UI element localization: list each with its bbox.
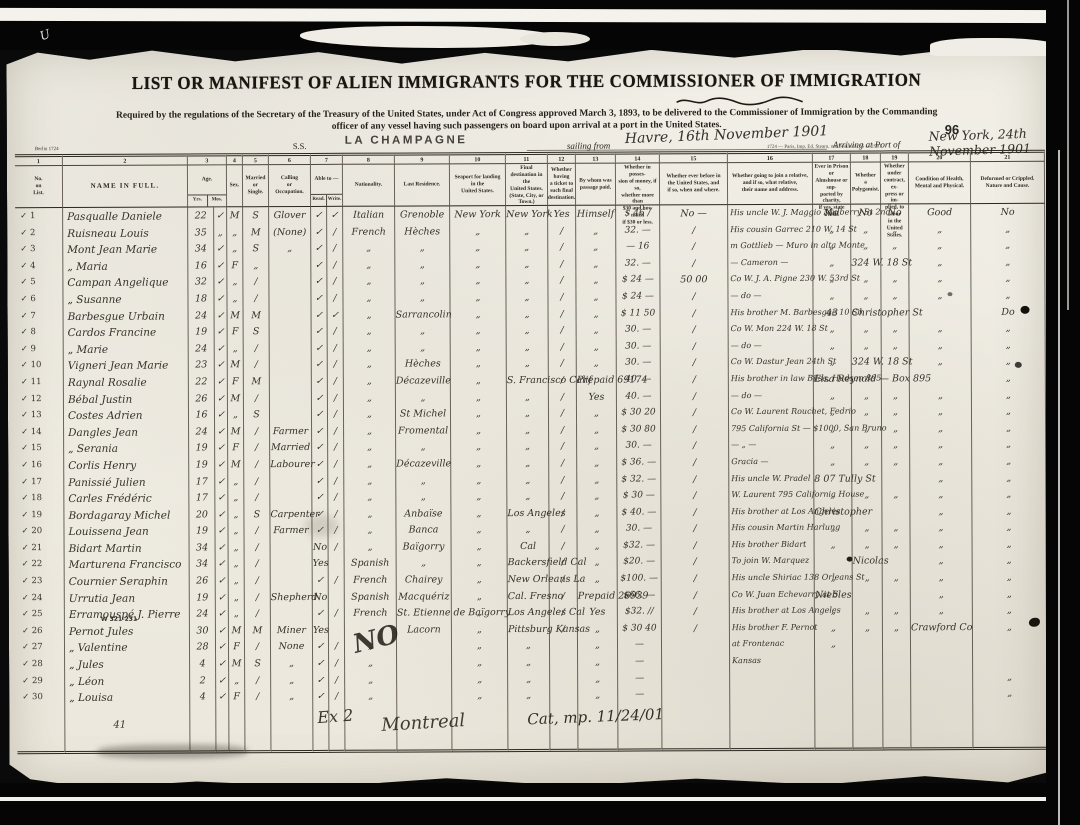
- manifest-cell: „: [851, 221, 881, 238]
- manifest-cell: „: [229, 572, 245, 589]
- manifest-cell: „: [971, 270, 1045, 287]
- table-extension: [271, 705, 313, 753]
- manifest-cell: „: [451, 355, 507, 372]
- manifest-cell: „: [852, 453, 882, 470]
- manifest-cell: „: [344, 439, 396, 456]
- column-header-label: Whether having a ticket to such final de…: [548, 164, 575, 205]
- manifest-cell: His brother in law Bilsa, Hudson 895: [729, 371, 814, 388]
- column-header: Nationality.: [343, 165, 395, 207]
- manifest-cell: ✓ 25: [17, 606, 65, 623]
- manifest-cell: ✓ 18: [16, 490, 64, 507]
- manifest-cell: /: [549, 388, 577, 405]
- manifest-cell: /: [329, 671, 345, 688]
- manifest-cell: „: [343, 290, 395, 307]
- manifest-cell: His cousin Martin Harlung: [729, 520, 814, 537]
- manifest-cell: „: [576, 255, 616, 272]
- manifest-cell: His brother at Los Angeles: [729, 503, 814, 520]
- manifest-cell: Christopher: [814, 503, 852, 520]
- manifest-cell: ✓: [215, 357, 228, 374]
- torn-paper-edge: [520, 32, 590, 46]
- manifest-cell: „: [507, 339, 549, 356]
- manifest-cell: „: [395, 256, 450, 273]
- manifest-cell: 50 00: [660, 271, 728, 288]
- manifest-cell: „ Susanne: [63, 290, 188, 307]
- table-extension: [911, 702, 973, 750]
- manifest-cell: /: [328, 423, 344, 440]
- column-header-label: Married or Single.: [243, 165, 268, 206]
- manifest-cell: „: [577, 355, 617, 372]
- manifest-cell: ✓ 8: [16, 324, 64, 341]
- manifest-cell: 40. —: [617, 388, 661, 405]
- manifest-cell: To join W. Marquez: [730, 553, 815, 570]
- manifest-cell: M: [227, 207, 243, 224]
- manifest-cell: „: [396, 389, 451, 406]
- manifest-cell: „: [909, 287, 971, 304]
- manifest-cell: M: [228, 456, 244, 473]
- manifest-cell: ✓: [312, 489, 328, 506]
- manifest-cell: „: [396, 439, 451, 456]
- manifest-cell: 34: [190, 539, 216, 556]
- manifest-cell: Pernot Jules: [65, 622, 190, 639]
- manifest-cell: /: [661, 388, 729, 405]
- manifest-cell: /: [660, 255, 728, 272]
- manifest-cell: „ Maria: [63, 257, 188, 274]
- manifest-cell: ✓: [215, 440, 228, 457]
- manifest-cell: 26: [189, 390, 215, 407]
- manifest-cell: Co W. Dastur Jean 24th St: [729, 354, 814, 371]
- manifest-cell: ✓: [311, 207, 327, 224]
- manifest-cell: $ 30 80: [617, 421, 661, 438]
- manifest-cell: [882, 470, 910, 487]
- manifest-cell: ✓ 27: [17, 639, 65, 656]
- manifest-cell: F: [229, 688, 245, 705]
- manifest-cell: ✓: [216, 672, 229, 689]
- manifest-cell: 30. —: [617, 521, 661, 538]
- manifest-cell: ✓: [313, 605, 329, 622]
- manifest-cell: „: [883, 569, 911, 586]
- manifest-cell: ✓: [215, 473, 228, 490]
- manifest-cell: [270, 472, 312, 489]
- manifest-cell: Prepaid 69174: [577, 372, 617, 389]
- manifest-cell: 8 07 Tully St: [814, 470, 852, 487]
- manifest-cell: /: [549, 455, 577, 472]
- manifest-cell: „: [852, 387, 882, 404]
- manifest-cell: Dangles Jean: [64, 423, 189, 440]
- manifest-cell: Bordagaray Michel: [64, 506, 189, 523]
- manifest-cell: „: [972, 336, 1046, 353]
- manifest-cell: „: [882, 403, 910, 420]
- manifest-cell: /: [244, 423, 270, 440]
- manifest-cell: His brother Bidart: [730, 537, 815, 554]
- column-header-label: Sex.: [227, 165, 242, 206]
- manifest-cell: /: [548, 289, 576, 306]
- manifest-cell: Shepherd: [271, 589, 313, 606]
- manifest-cell: „: [851, 271, 881, 288]
- manifest-cell: „: [450, 256, 506, 273]
- manifest-cell: „: [813, 238, 851, 255]
- manifest-cell: „: [577, 421, 617, 438]
- column-header-label: Condition of Health, Mental and Physical…: [909, 162, 970, 203]
- manifest-cell: [662, 653, 730, 670]
- manifest-cell: M: [229, 622, 245, 639]
- annotation-check-number: 41: [113, 720, 126, 731]
- manifest-cell: „: [271, 688, 313, 705]
- manifest-cell: ✓: [215, 523, 228, 540]
- manifest-cell: „: [972, 386, 1046, 403]
- manifest-cell: „: [506, 223, 548, 240]
- manifest-cell: „: [973, 685, 1047, 702]
- manifest-cell: „: [508, 637, 550, 654]
- manifest-cell: „: [909, 270, 971, 287]
- column-header-label: Deformed or Crippled. Nature and Cause.: [971, 162, 1044, 203]
- manifest-cell: [550, 687, 578, 704]
- manifest-cell: 18: [188, 290, 214, 307]
- column-number: 15: [660, 151, 728, 163]
- manifest-cell: /: [328, 489, 344, 506]
- manifest-cell: /: [327, 257, 343, 274]
- manifest-cell: Bébal Justin: [64, 390, 189, 407]
- manifest-cell: Italian: [343, 207, 395, 224]
- manifest-cell: Cardos Francine: [64, 324, 189, 341]
- manifest-cell: /: [328, 472, 344, 489]
- manifest-cell: „: [911, 553, 973, 570]
- manifest-cell: /: [549, 355, 577, 372]
- manifest-cell: „ Jules: [65, 656, 190, 673]
- manifest-cell: „: [882, 337, 910, 354]
- manifest-cell: [883, 669, 911, 686]
- manifest-cell: S: [244, 406, 270, 423]
- column-number: 12: [548, 152, 576, 164]
- manifest-cell: „: [228, 340, 244, 357]
- manifest-cell: M: [228, 390, 244, 407]
- manifest-cell: — 16: [616, 239, 660, 256]
- scan-edge-line: [0, 797, 1080, 801]
- manifest-cell: „: [344, 422, 396, 439]
- column-header-label: Able to —: [311, 165, 342, 194]
- manifest-cell: ✓: [312, 406, 328, 423]
- manifest-cell: „: [972, 320, 1046, 337]
- manifest-cell: Co W. Juan Echevarry at S.: [730, 586, 815, 603]
- manifest-cell: /: [549, 422, 577, 439]
- manifest-cell: [815, 686, 853, 703]
- manifest-cell: 19: [189, 456, 215, 473]
- manifest-cell: Vigneri Jean Marie: [64, 357, 189, 374]
- manifest-cell: [973, 652, 1047, 669]
- manifest-cell: „: [973, 552, 1047, 569]
- scan-edge-strip: [0, 8, 1080, 23]
- manifest-cell: ✓ 23: [17, 573, 65, 590]
- manifest-cell: /: [245, 688, 271, 705]
- manifest-cell: [550, 670, 578, 687]
- manifest-cell: Marturena Francisco: [65, 556, 190, 573]
- manifest-cell: S: [243, 207, 269, 224]
- manifest-cell: 34: [190, 556, 216, 573]
- ink-stain: [1021, 306, 1030, 314]
- manifest-cell: /: [245, 589, 271, 606]
- manifest-cell: [270, 356, 312, 373]
- manifest-cell: 24: [189, 423, 215, 440]
- manifest-cell: „: [578, 670, 618, 687]
- manifest-cell: „: [971, 287, 1045, 304]
- manifest-cell: Fromental: [396, 422, 451, 439]
- manifest-cell: [853, 669, 883, 686]
- manifest-cell: [815, 553, 853, 570]
- manifest-cell: „: [452, 588, 508, 605]
- form-title: LIST OR MANIFEST OF ALIEN IMMIGRANTS FOR…: [7, 69, 1047, 95]
- manifest-cell: „: [881, 271, 909, 288]
- manifest-cell: 28: [190, 639, 216, 656]
- manifest-cell: 30. —: [617, 338, 661, 355]
- manifest-cell: „: [228, 473, 244, 490]
- manifest-cell: „: [851, 238, 881, 255]
- manifest-cell: /: [548, 239, 576, 256]
- manifest-cell: „: [507, 438, 549, 455]
- manifest-cell: „: [972, 353, 1046, 370]
- manifest-cell: ✓: [216, 622, 229, 639]
- manifest-cell: S: [245, 655, 271, 672]
- column-number: 7: [311, 153, 343, 165]
- manifest-cell: /: [327, 223, 343, 240]
- manifest-cell: 24: [190, 606, 216, 623]
- manifest-cell: [730, 669, 815, 686]
- manifest-cell: Hèches: [395, 223, 450, 240]
- manifest-cell: „: [452, 654, 508, 671]
- manifest-cell: [881, 254, 909, 271]
- manifest-cell: „: [881, 221, 909, 238]
- manifest-cell: ✓: [215, 406, 228, 423]
- column-number: 4: [227, 153, 243, 165]
- manifest-cell: ✓ 30: [17, 689, 65, 706]
- manifest-cell: Macquériz: [397, 588, 452, 605]
- manifest-cell: ✓: [313, 671, 329, 688]
- manifest-cell: Costes Adrien: [64, 407, 189, 424]
- manifest-cell: French: [345, 572, 397, 589]
- manifest-cell: „: [577, 488, 617, 505]
- manifest-cell: [662, 686, 730, 703]
- manifest-cell: $ 32. —: [617, 471, 661, 488]
- table-extension: [883, 702, 911, 750]
- manifest-cell: Labourer: [270, 456, 312, 473]
- manifest-cell: ✓: [311, 257, 327, 274]
- manifest-cell: [853, 652, 883, 669]
- manifest-cell: 30: [190, 622, 216, 639]
- column-number: 6: [269, 153, 311, 165]
- manifest-cell: [911, 669, 973, 686]
- manifest-cell: 4: [190, 689, 216, 706]
- manifest-cell: „: [577, 305, 617, 322]
- column-header: Whether a Polygamist.: [851, 162, 881, 204]
- table-extension: [853, 702, 883, 750]
- manifest-cell: /: [328, 389, 344, 406]
- manifest-cell: 4: [190, 655, 216, 672]
- manifest-cell: „: [972, 502, 1046, 519]
- manifest-cell: /: [244, 439, 270, 456]
- manifest-cell: /: [662, 570, 730, 587]
- manifest-cell: „: [452, 671, 508, 688]
- manifest-cell: Yes: [313, 555, 329, 572]
- manifest-cell: „: [972, 370, 1046, 387]
- manifest-cell: 17: [189, 489, 215, 506]
- manifest-cell: 30. —: [617, 355, 661, 372]
- manifest-cell: [815, 653, 853, 670]
- manifest-cell: ✓: [312, 456, 328, 473]
- manifest-cell: Co W. Mon 224 W. 18 St: [729, 321, 814, 338]
- manifest-cell: /: [329, 638, 345, 655]
- manifest-cell: /: [328, 340, 344, 357]
- manifest-cell: Chairey: [397, 571, 452, 588]
- column-header: NAME IN FULL.: [63, 165, 188, 208]
- manifest-cell: „: [814, 520, 852, 537]
- manifest-cell: „: [883, 536, 911, 553]
- manifest-cell: „: [227, 290, 243, 307]
- column-header-label: Whether going to join a relative, and if…: [728, 163, 812, 204]
- manifest-cell: „: [507, 488, 549, 505]
- manifest-cell: ✓ 11: [16, 374, 64, 391]
- column-number: 16: [728, 151, 813, 163]
- manifest-cell: ✓: [215, 323, 228, 340]
- manifest-cell: ✓ 1: [15, 208, 63, 225]
- manifest-cell: „: [814, 420, 852, 437]
- manifest-cell: M: [228, 357, 244, 374]
- manifest-cell: /: [662, 587, 730, 604]
- manifest-cell: Do: [972, 303, 1046, 320]
- manifest-cell: Décazeville: [396, 372, 451, 389]
- manifest-cell: „: [910, 403, 972, 420]
- manifest-cell: „: [396, 472, 451, 489]
- manifest-cell: ✓: [216, 589, 229, 606]
- manifest-cell: 32. —: [616, 255, 660, 272]
- manifest-cell: „: [345, 538, 397, 555]
- manifest-cell: 19: [189, 523, 215, 540]
- manifest-cell: No: [313, 539, 329, 556]
- manifest-cell: ✓: [216, 639, 229, 656]
- manifest-cell: Décazeville: [396, 455, 451, 472]
- manifest-cell: „: [578, 654, 618, 671]
- manifest-cell: „: [881, 238, 909, 255]
- manifest-cell: „: [852, 520, 882, 537]
- manifest-cell: ✓ 14: [16, 424, 64, 441]
- manifest-cell: ✓ 7: [16, 308, 64, 325]
- manifest-cell: [271, 572, 313, 589]
- manifest-cell: /: [244, 456, 270, 473]
- manifest-cell: [883, 553, 911, 570]
- manifest-cell: ✓ 2: [15, 225, 63, 242]
- manifest-cell: „: [911, 536, 973, 553]
- column-number: 5: [243, 153, 269, 165]
- manifest-cell: 17: [189, 473, 215, 490]
- manifest-cell: $ 11 50: [617, 305, 661, 322]
- manifest-cell: S: [243, 240, 269, 257]
- manifest-cell: /: [550, 571, 578, 588]
- manifest-cell: [882, 503, 910, 520]
- manifest-cell: ✓: [216, 539, 229, 556]
- manifest-cell: /: [329, 688, 345, 705]
- manifest-cell: 324 W. 18 St: [852, 354, 882, 371]
- manifest-cell: Gracia —: [729, 454, 814, 471]
- manifest-cell: New York: [450, 206, 506, 223]
- manifest-cell: — „ —: [729, 437, 814, 454]
- manifest-cell: $ 30 —: [617, 488, 661, 505]
- column-header-label: NAME IN FULL.: [63, 165, 187, 207]
- manifest-cell: /: [550, 538, 578, 555]
- manifest-cell: /: [661, 504, 729, 521]
- manifest-cell: ✓: [311, 240, 327, 257]
- manifest-cell: ✓ 19: [16, 507, 64, 524]
- manifest-cell: „: [910, 486, 972, 503]
- column-header: Sex.: [227, 165, 243, 207]
- manifest-cell: /: [661, 487, 729, 504]
- manifest-cell: ✓ 6: [15, 291, 63, 308]
- manifest-cell: „: [508, 654, 550, 671]
- manifest-cell: ✓: [214, 240, 227, 257]
- manifest-cell: „: [343, 256, 395, 273]
- manifest-cell: /: [244, 390, 270, 407]
- manifest-cell: New York: [506, 206, 548, 223]
- manifest-cell: ✓: [216, 572, 229, 589]
- manifest-cell: „: [882, 520, 910, 537]
- manifest-cell: St. Etienne de Baïgorry: [397, 605, 452, 622]
- manifest-cell: „: [452, 687, 508, 704]
- manifest-cell: „: [909, 254, 971, 271]
- sailing-from-label: sailing from: [567, 141, 610, 151]
- manifest-cell: /: [661, 437, 729, 454]
- manifest-cell: [397, 638, 452, 655]
- manifest-cell: ✓: [312, 439, 328, 456]
- manifest-cell: [911, 652, 973, 669]
- manifest-cell: /: [244, 473, 270, 490]
- column-header: Married or Single.: [243, 165, 269, 207]
- manifest-cell: Cal: [508, 538, 550, 555]
- manifest-cell: 43: [814, 304, 852, 321]
- manifest-cell: [270, 323, 312, 340]
- manifest-cell: „: [227, 274, 243, 291]
- column-header-label: Seaport for landing in the United States…: [450, 164, 505, 205]
- manifest-cell: /: [245, 572, 271, 589]
- manifest-cell: „: [971, 220, 1045, 237]
- manifest-cell: 2: [190, 672, 216, 689]
- column-number: 19: [881, 150, 909, 162]
- manifest-cell: Carles Frédéric: [64, 490, 189, 507]
- manifest-cell: /: [549, 471, 577, 488]
- manifest-cell: „: [214, 224, 227, 241]
- manifest-cell: — do —: [729, 338, 814, 355]
- manifest-cell: Christopher St: [852, 304, 882, 321]
- manifest-cell: 16: [189, 406, 215, 423]
- manifest-cell: [852, 503, 882, 520]
- manifest-cell: „ Marie: [64, 340, 189, 357]
- scan-edge-line: [1058, 150, 1060, 825]
- manifest-cell: 324 W. 18 St: [851, 254, 881, 271]
- manifest-cell: „: [452, 571, 508, 588]
- manifest-cell: /: [243, 290, 269, 307]
- manifest-cell: /: [327, 273, 343, 290]
- manifest-cell: „: [577, 455, 617, 472]
- manifest-cell: Cournier Seraphin: [65, 573, 190, 590]
- column-number: 10: [450, 152, 506, 164]
- manifest-cell: „: [451, 372, 507, 389]
- table-extension: [730, 703, 815, 751]
- manifest-cell: Miner: [271, 622, 313, 639]
- manifest-cell: S: [244, 506, 270, 523]
- manifest-cell: „: [396, 339, 451, 356]
- manifest-cell: „: [813, 288, 851, 305]
- manifest-cell: No: [971, 204, 1045, 221]
- manifest-cell: „: [344, 339, 396, 356]
- manifest-cell: /: [549, 305, 577, 322]
- manifest-cell: ✓: [312, 356, 328, 373]
- manifest-cell: ✓: [312, 373, 328, 390]
- manifest-cell: „: [243, 257, 269, 274]
